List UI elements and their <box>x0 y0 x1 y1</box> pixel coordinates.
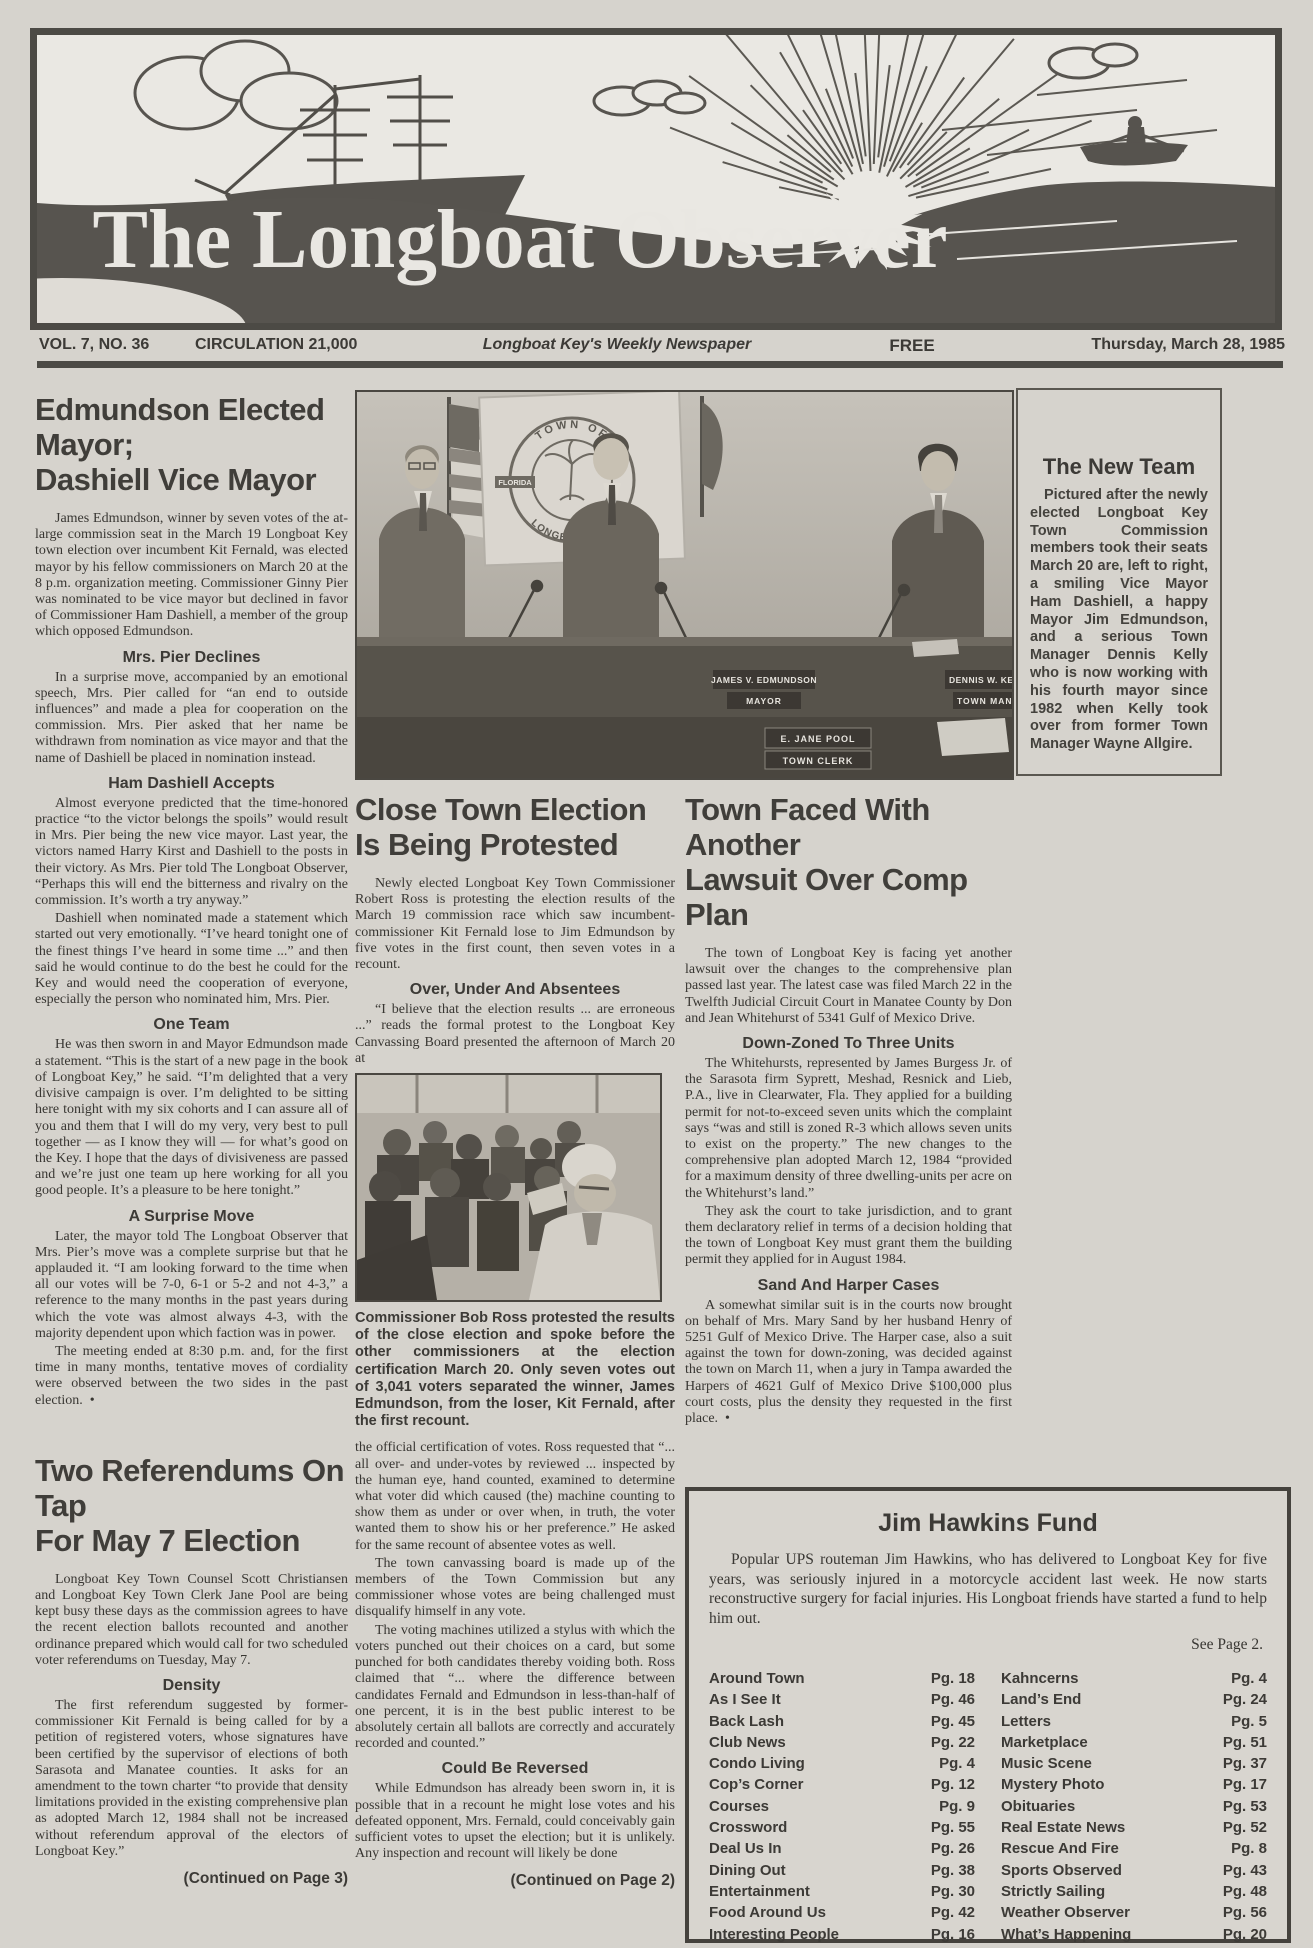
referendums-headline-line1: Two Referendums On Tap <box>35 1453 348 1523</box>
index-row: Mystery PhotoPg. 17 <box>1001 1774 1267 1795</box>
index-label: Dining Out <box>709 1860 786 1881</box>
index-label: Back Lash <box>709 1711 784 1732</box>
index-page: Pg. 55 <box>931 1817 975 1838</box>
index-row: CrosswordPg. 55 <box>709 1817 975 1838</box>
index-page: Pg. 5 <box>1231 1711 1267 1732</box>
index-row: Dining OutPg. 38 <box>709 1860 975 1881</box>
index-row: LettersPg. 5 <box>1001 1711 1267 1732</box>
index-row: EntertainmentPg. 30 <box>709 1881 975 1902</box>
index-label: Deal Us In <box>709 1838 782 1859</box>
new-team-title: The New Team <box>1030 454 1208 480</box>
newspaper-front-page: The Longboat Observer VOL. 7, NO. 36 CIR… <box>0 0 1313 1948</box>
index-label: Food Around Us <box>709 1902 826 1923</box>
index-page: Pg. 30 <box>931 1881 975 1902</box>
masthead-illustration: The Longboat Observer <box>37 35 1275 323</box>
index-label: Rescue And Fire <box>1001 1838 1119 1859</box>
index-label: Around Town <box>709 1668 805 1689</box>
index-label: Crossword <box>709 1817 787 1838</box>
index-label: Kahncerns <box>1001 1668 1079 1689</box>
index-label: Strictly Sailing <box>1001 1881 1105 1902</box>
index-page: Pg. 17 <box>1223 1774 1267 1795</box>
subheading: Sand And Harper Cases <box>685 1276 1012 1295</box>
index-page: Pg. 4 <box>939 1753 975 1774</box>
lead-headline: Edmundson Elected Mayor; Dashiell Vice M… <box>35 392 348 497</box>
contents-index: Around TownPg. 18As I See ItPg. 46Back L… <box>709 1668 1267 1945</box>
index-page: Pg. 46 <box>931 1689 975 1710</box>
index-page: Pg. 38 <box>931 1860 975 1881</box>
paragraph: The town canvassing board is made up of … <box>355 1556 675 1621</box>
index-label: Entertainment <box>709 1881 810 1902</box>
election-article-top: Newly elected Longboat Key Town Commissi… <box>355 876 675 1067</box>
index-row: KahncernsPg. 4 <box>1001 1668 1267 1689</box>
index-row: Weather ObserverPg. 56 <box>1001 1902 1267 1923</box>
index-label: As I See It <box>709 1689 781 1710</box>
index-page: Pg. 8 <box>1231 1838 1267 1859</box>
index-label: Sports Observed <box>1001 1860 1122 1881</box>
index-label: Mystery Photo <box>1001 1774 1104 1795</box>
index-page: Pg. 37 <box>1223 1753 1267 1774</box>
index-row: What’s HappeningPg. 20 <box>1001 1924 1267 1945</box>
nameplate-clerk-name: E. JANE POOL <box>780 734 855 744</box>
index-label: Land’s End <box>1001 1689 1081 1710</box>
price: FREE <box>862 336 962 356</box>
hawkins-box-body: Popular UPS routeman Jim Hawkins, who ha… <box>709 1550 1267 1628</box>
paragraph: While Edmundson has already been sworn i… <box>355 1781 675 1862</box>
index-row: Real Estate NewsPg. 52 <box>1001 1817 1267 1838</box>
lawsuit-article-body: The town of Longboat Key is facing yet a… <box>685 946 1012 1427</box>
index-label: Music Scene <box>1001 1753 1092 1774</box>
continued-note: (Continued on Page 2) <box>355 1872 675 1890</box>
index-row: Rescue And FirePg. 8 <box>1001 1838 1267 1859</box>
article-gap <box>35 1411 348 1453</box>
index-row: Club NewsPg. 22 <box>709 1732 975 1753</box>
election-article-bottom: the official certification of votes. Ros… <box>355 1440 675 1862</box>
index-page: Pg. 43 <box>1223 1860 1267 1881</box>
lead-headline-line2: Dashiell Vice Mayor <box>35 462 348 497</box>
paragraph: Dashiell when nominated made a statement… <box>35 911 348 1008</box>
election-headline-line1: Close Town Election <box>355 792 675 827</box>
paragraph: Longboat Key Town Counsel Scott Christia… <box>35 1572 348 1669</box>
paragraph: In a surprise move, accompanied by an em… <box>35 670 348 767</box>
index-page: Pg. 18 <box>931 1668 975 1689</box>
new-team-caption: Pictured after the newly elected Longboa… <box>1030 487 1208 754</box>
info-bar: VOL. 7, NO. 36 CIRCULATION 21,000 Longbo… <box>37 336 1285 360</box>
index-label: Courses <box>709 1796 769 1817</box>
index-page: Pg. 53 <box>1223 1796 1267 1817</box>
paragraph: The voting machines utilized a stylus wi… <box>355 1623 675 1753</box>
index-row: Cop’s CornerPg. 12 <box>709 1774 975 1795</box>
index-page: Pg. 45 <box>931 1711 975 1732</box>
lawsuit-headline-line2: Lawsuit Over Comp Plan <box>685 862 1012 932</box>
left-column: Edmundson Elected Mayor; Dashiell Vice M… <box>35 392 348 1888</box>
index-label: Weather Observer <box>1001 1902 1130 1923</box>
new-team-sidebar: The New Team Pictured after the newly el… <box>1016 388 1222 776</box>
index-page: Pg. 4 <box>1231 1668 1267 1689</box>
election-headline-line2: Is Being Protested <box>355 827 675 862</box>
subheading: Ham Dashiell Accepts <box>35 774 348 793</box>
index-page: Pg. 20 <box>1223 1924 1267 1945</box>
index-row: MarketplacePg. 51 <box>1001 1732 1267 1753</box>
paragraph: He was then sworn in and Mayor Edmundson… <box>35 1037 348 1199</box>
index-label: Condo Living <box>709 1753 805 1774</box>
index-row: Sports ObservedPg. 43 <box>1001 1860 1267 1881</box>
index-label: Interesting People <box>709 1924 839 1945</box>
index-label: Cop’s Corner <box>709 1774 803 1795</box>
lawsuit-headline-line1: Town Faced With Another <box>685 792 1012 862</box>
masthead-rule <box>37 361 1283 368</box>
index-page: Pg. 12 <box>931 1774 975 1795</box>
paragraph: “I believe that the election results ...… <box>355 1002 675 1067</box>
index-page: Pg. 24 <box>1223 1689 1267 1710</box>
index-row: Around TownPg. 18 <box>709 1668 975 1689</box>
index-row: Music ScenePg. 37 <box>1001 1753 1267 1774</box>
see-page-note: See Page 2. <box>709 1636 1263 1654</box>
index-row: Food Around UsPg. 42 <box>709 1902 975 1923</box>
index-page: Pg. 9 <box>939 1796 975 1817</box>
subheading: Mrs. Pier Declines <box>35 648 348 667</box>
index-row: Land’s EndPg. 24 <box>1001 1689 1267 1710</box>
index-page: Pg. 52 <box>1223 1817 1267 1838</box>
paragraph: The meeting ended at 8:30 p.m. and, for … <box>35 1344 348 1409</box>
commission-desk <box>357 637 1012 778</box>
index-label: Marketplace <box>1001 1732 1088 1753</box>
index-page: Pg. 22 <box>931 1732 975 1753</box>
paragraph: Almost everyone predicted that the time-… <box>35 796 348 909</box>
nameplate-manager-name: DENNIS W. KE <box>949 675 1012 685</box>
lead-headline-line1: Edmundson Elected Mayor; <box>35 392 348 462</box>
subheading: A Surprise Move <box>35 1207 348 1226</box>
nameplate-clerk-title: TOWN CLERK <box>783 756 854 766</box>
nameplate-mayor-name: JAMES V. EDMUNDSON <box>711 675 817 685</box>
index-row: Interesting PeoplePg. 16 <box>709 1924 975 1945</box>
index-label: Real Estate News <box>1001 1817 1125 1838</box>
subheading: One Team <box>35 1015 348 1034</box>
index-row: CoursesPg. 9 <box>709 1796 975 1817</box>
index-column-right: KahncernsPg. 4Land’s EndPg. 24LettersPg.… <box>1001 1668 1267 1945</box>
paragraph: A somewhat similar suit is in the courts… <box>685 1298 1012 1428</box>
paragraph: Newly elected Longboat Key Town Commissi… <box>355 876 675 973</box>
seal-text-florida: FLORIDA <box>498 478 532 487</box>
nameplate-manager-title: TOWN MANA <box>957 696 1012 706</box>
index-page: Pg. 42 <box>931 1902 975 1923</box>
paragraph: They ask the court to take jurisdiction,… <box>685 1204 1012 1269</box>
index-row: As I See ItPg. 46 <box>709 1689 975 1710</box>
referendums-headline: Two Referendums On Tap For May 7 Electio… <box>35 1453 348 1558</box>
index-label: Letters <box>1001 1711 1051 1732</box>
election-headline: Close Town Election Is Being Protested <box>355 792 675 862</box>
index-page: Pg. 26 <box>931 1838 975 1859</box>
jim-hawkins-fund-box: Jim Hawkins Fund Popular UPS routeman Ji… <box>685 1487 1291 1943</box>
index-label: Obituaries <box>1001 1796 1075 1817</box>
paragraph: the official certification of votes. Ros… <box>355 1440 675 1553</box>
protest-photo-caption: Commissioner Bob Ross protested the resu… <box>355 1310 675 1430</box>
paragraph: Later, the mayor told The Longboat Obser… <box>35 1229 348 1342</box>
index-row: Deal Us InPg. 26 <box>709 1838 975 1859</box>
index-page: Pg. 56 <box>1223 1902 1267 1923</box>
continued-note: (Continued on Page 3) <box>35 1870 348 1888</box>
paragraph: James Edmundson, winner by seven votes o… <box>35 511 348 641</box>
nameplate-mayor-title: MAYOR <box>746 696 782 706</box>
index-column-left: Around TownPg. 18As I See ItPg. 46Back L… <box>709 1668 975 1945</box>
newspaper-title: The Longboat Observer <box>93 193 948 286</box>
right-column: Town Faced With Another Lawsuit Over Com… <box>685 792 1012 1429</box>
hawkins-box-title: Jim Hawkins Fund <box>709 1509 1267 1538</box>
referendums-headline-line2: For May 7 Election <box>35 1523 348 1558</box>
protest-photo <box>355 1073 662 1302</box>
index-page: Pg. 48 <box>1223 1881 1267 1902</box>
referendums-article-body: Longboat Key Town Counsel Scott Christia… <box>35 1572 348 1860</box>
index-label: Club News <box>709 1732 786 1753</box>
index-row: Strictly SailingPg. 48 <box>1001 1881 1267 1902</box>
paragraph: The Whitehursts, represented by James Bu… <box>685 1056 1012 1202</box>
volume-number: VOL. 7, NO. 36 <box>39 336 149 354</box>
subheading: Could Be Reversed <box>355 1759 675 1778</box>
issue-date: Thursday, March 28, 1985 <box>1091 336 1285 354</box>
lawsuit-headline: Town Faced With Another Lawsuit Over Com… <box>685 792 1012 932</box>
lead-article-body: James Edmundson, winner by seven votes o… <box>35 511 348 1409</box>
commission-photo: TOWN OF LONGBOAT KEY FLORIDA <box>355 390 1014 780</box>
index-label: What’s Happening <box>1001 1924 1131 1945</box>
circulation: CIRCULATION 21,000 <box>195 336 357 354</box>
masthead: The Longboat Observer <box>30 28 1282 330</box>
subheading: Density <box>35 1676 348 1695</box>
middle-column: Close Town Election Is Being Protested N… <box>355 792 675 1890</box>
paragraph: The town of Longboat Key is facing yet a… <box>685 946 1012 1027</box>
subheading: Over, Under And Absentees <box>355 980 675 999</box>
index-row: Condo LivingPg. 4 <box>709 1753 975 1774</box>
subheading: Down-Zoned To Three Units <box>685 1034 1012 1053</box>
index-row: ObituariesPg. 53 <box>1001 1796 1267 1817</box>
index-row: Back LashPg. 45 <box>709 1711 975 1732</box>
index-page: Pg. 16 <box>931 1924 975 1945</box>
tagline: Longboat Key's Weekly Newspaper <box>402 336 832 354</box>
paragraph: The first referendum suggested by former… <box>35 1698 348 1860</box>
index-page: Pg. 51 <box>1223 1732 1267 1753</box>
